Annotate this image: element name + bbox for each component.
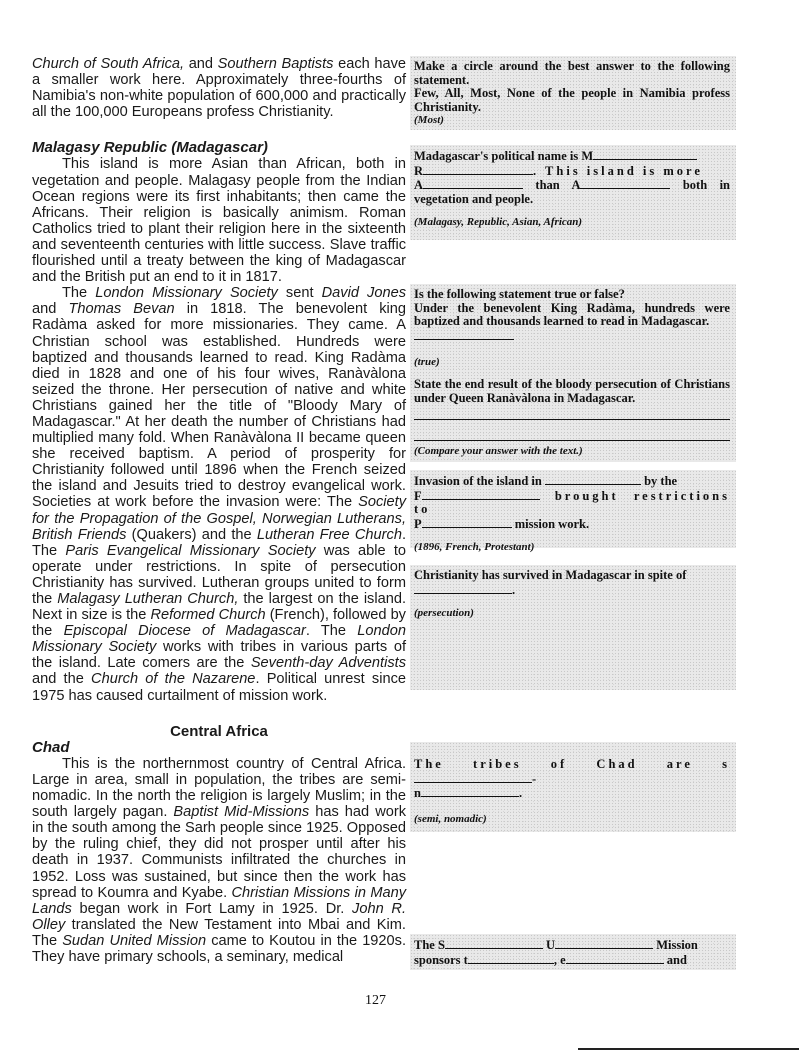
question-box-7: The tribes of Chad are s- n. (semi, noma…	[410, 742, 736, 832]
answer-text: (true)	[414, 356, 730, 370]
fill-in-blank[interactable]	[423, 164, 533, 175]
text: Madagascar's political name is M	[414, 149, 593, 163]
question-text: The tribes of Chad are s-	[414, 758, 730, 786]
italic-text: Episcopal Diocese of Madagascar	[64, 623, 306, 639]
italic-text: Malagasy Lutheran Church,	[57, 591, 238, 607]
question-text: F brought restrictions to	[414, 489, 730, 517]
question-text: sponsors t, e and	[414, 953, 730, 968]
fill-in-blank[interactable]	[468, 953, 554, 964]
fill-in-blank[interactable]	[580, 178, 670, 189]
question-box-8: The S U Mission sponsors t, e and	[410, 934, 736, 970]
question-choices: Few, All, Most, None of the people in Na…	[414, 87, 730, 114]
question-text: State the end result of the bloody perse…	[414, 378, 730, 405]
text: U	[543, 938, 555, 952]
section-heading-central-africa: Central Africa	[32, 724, 406, 740]
question-text: Make a circle around the best answer to …	[414, 60, 730, 87]
question-text: Under the benevolent King Radàma, hundre…	[414, 302, 730, 329]
fill-in-blank[interactable]	[555, 938, 653, 949]
question-text: n.	[414, 786, 730, 801]
text: , e	[554, 953, 566, 967]
fill-in-blank[interactable]	[445, 938, 543, 949]
italic-text: Paris Evangelical Missionary Society	[65, 543, 315, 559]
text: The	[62, 285, 95, 301]
text: . The	[306, 623, 357, 639]
text: in 1818. The benevolent king Radàma aske…	[32, 301, 406, 510]
italic-text: Seventh-day Adventists	[251, 655, 406, 671]
question-text: Madagascar's political name is M	[414, 149, 730, 164]
italic-text: Baptist Mid-Missions	[173, 804, 309, 820]
chad-paragraph-1: This is the northernmost country of Cent…	[32, 756, 406, 965]
text: and	[184, 56, 218, 72]
text: n	[414, 786, 421, 800]
italic-text: Church of the Nazarene	[91, 671, 255, 687]
italic-text: David Jones	[322, 285, 406, 301]
text: began work in Fort Lamy in 1925. Dr.	[72, 901, 352, 917]
question-text: R. This island is more	[414, 164, 730, 179]
page-number: 127	[365, 993, 386, 1009]
text: Mission	[653, 938, 698, 952]
answer-text: (persecution)	[414, 607, 730, 621]
answer-text: (Malagasy, Republic, Asian, African)	[414, 216, 730, 230]
text: (Quakers) and the	[126, 527, 256, 543]
left-column: Church of South Africa, and Southern Bap…	[32, 56, 406, 965]
text: . This island is more	[533, 164, 703, 178]
fill-in-blank[interactable]	[414, 583, 512, 594]
intro-paragraph: Church of South Africa, and Southern Bap…	[32, 56, 406, 120]
text: and	[32, 301, 68, 317]
italic-text: Southern Baptists	[218, 56, 334, 72]
section-heading-madagascar: Malagasy Republic (Madagascar)	[32, 140, 406, 156]
fill-in-blank[interactable]	[422, 489, 540, 500]
answer-text: (Most)	[414, 114, 730, 128]
answer-text: (semi, nomadic)	[414, 813, 730, 827]
question-box-6: Christianity has survived in Madagascar …	[410, 565, 736, 690]
fill-in-blank[interactable]	[414, 772, 532, 783]
fill-in-blank[interactable]	[414, 329, 514, 340]
fill-in-blank[interactable]	[566, 953, 664, 964]
madagascar-paragraph-2: The London Missionary Society sent David…	[32, 285, 406, 703]
italic-text: Sudan United Mission	[62, 933, 206, 949]
text: The S	[414, 938, 445, 952]
answer-text: (Compare your answer with the text.)	[414, 445, 730, 459]
italic-text: London Missionary Society	[95, 285, 278, 301]
italic-text: Church of South Africa,	[32, 56, 184, 72]
answer-text: (1896, French, Protestant)	[414, 541, 730, 555]
text: The tribes of Chad are s	[414, 757, 730, 771]
text: .	[519, 786, 522, 800]
fill-in-blank[interactable]	[423, 178, 523, 189]
text: -	[532, 772, 536, 786]
question-text: Is the following statement true or false…	[414, 288, 730, 302]
question-text: P mission work.	[414, 517, 730, 532]
text: mission work.	[512, 517, 589, 531]
question-box-1: Make a circle around the best answer to …	[410, 56, 736, 130]
text: .	[512, 583, 515, 597]
text: sent	[278, 285, 322, 301]
text: and	[664, 953, 687, 967]
fill-in-blank[interactable]	[421, 786, 519, 797]
question-box-3: Is the following statement true or false…	[410, 284, 736, 374]
italic-text: Reformed Church	[150, 607, 265, 623]
madagascar-paragraph-1: This island is more Asian than African, …	[32, 156, 406, 285]
text: A	[414, 178, 423, 192]
footer-rule	[578, 1048, 799, 1050]
text: sponsors t	[414, 953, 468, 967]
fill-in-blank[interactable]	[422, 517, 512, 528]
question-text: Invasion of the island in by the	[414, 474, 730, 489]
text: P	[414, 517, 422, 531]
question-box-5: Invasion of the island in by the F broug…	[410, 470, 736, 548]
question-text: .	[414, 583, 730, 598]
fill-in-blank[interactable]	[593, 149, 697, 160]
question-box-4: State the end result of the bloody perse…	[410, 374, 736, 462]
section-heading-chad: Chad	[32, 740, 406, 756]
answer-line[interactable]	[414, 405, 730, 420]
text: by the	[641, 474, 677, 488]
question-text: The S U Mission	[414, 938, 730, 953]
text: R	[414, 164, 423, 178]
answer-line[interactable]	[414, 426, 730, 441]
question-text: Christianity has survived in Madagascar …	[414, 569, 730, 583]
text: Invasion of the island in	[414, 474, 545, 488]
question-box-2: Madagascar's political name is M R. This…	[410, 145, 736, 240]
fill-in-blank[interactable]	[545, 474, 641, 485]
text: than A	[523, 178, 580, 192]
text: F	[414, 489, 422, 503]
text: and the	[32, 671, 91, 687]
italic-text: Lutheran Free Church	[257, 527, 402, 543]
question-text: A than A both in vegetation and people.	[414, 178, 730, 206]
italic-text: Thomas Bevan	[68, 301, 174, 317]
